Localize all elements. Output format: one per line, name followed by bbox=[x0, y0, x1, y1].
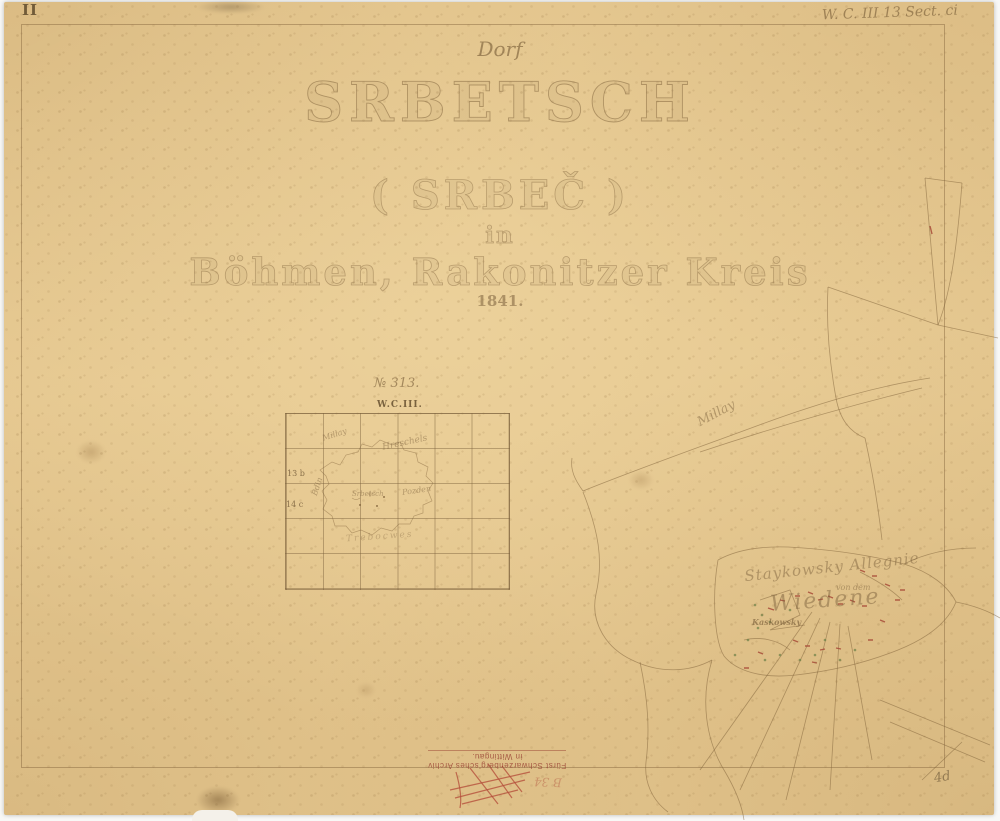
title-main: SRBETSCH bbox=[0, 70, 1000, 134]
corner-archive-number: 4d bbox=[933, 769, 952, 787]
scanned-map-sheet: II W. C. III 13 Sect. ci Dorf SRBETSCH (… bbox=[0, 0, 1000, 821]
title-year: 1841. bbox=[0, 292, 1000, 310]
index-row-label-13b: 13 b bbox=[287, 469, 305, 478]
sketch-label-kaskowsky: Kaskowsky bbox=[752, 617, 801, 627]
index-map-number: № 313. bbox=[374, 376, 419, 391]
stamp-rule bbox=[428, 750, 566, 751]
title-prefix: Dorf bbox=[0, 37, 1000, 61]
index-label-srbetsch: Srbetsch bbox=[352, 490, 384, 498]
title-alt-name: ( SRBEČ ) bbox=[0, 172, 1000, 219]
title-connector: in bbox=[0, 222, 1000, 249]
red-inventory-mark: B 34 bbox=[534, 775, 562, 790]
border-frame bbox=[21, 24, 945, 768]
title-region: Böhmen, Rakonitzer Kreis bbox=[0, 250, 1000, 294]
archive-stamp-text: Fürst Schwarzenberg'sches Archiv in Witt… bbox=[424, 752, 570, 770]
torn-edge-notch bbox=[192, 810, 238, 821]
index-map-sheet-label: W.C.III. bbox=[377, 400, 423, 410]
sheet-numeral: II bbox=[22, 1, 38, 19]
index-row-label-14c: 14 c bbox=[286, 500, 303, 509]
